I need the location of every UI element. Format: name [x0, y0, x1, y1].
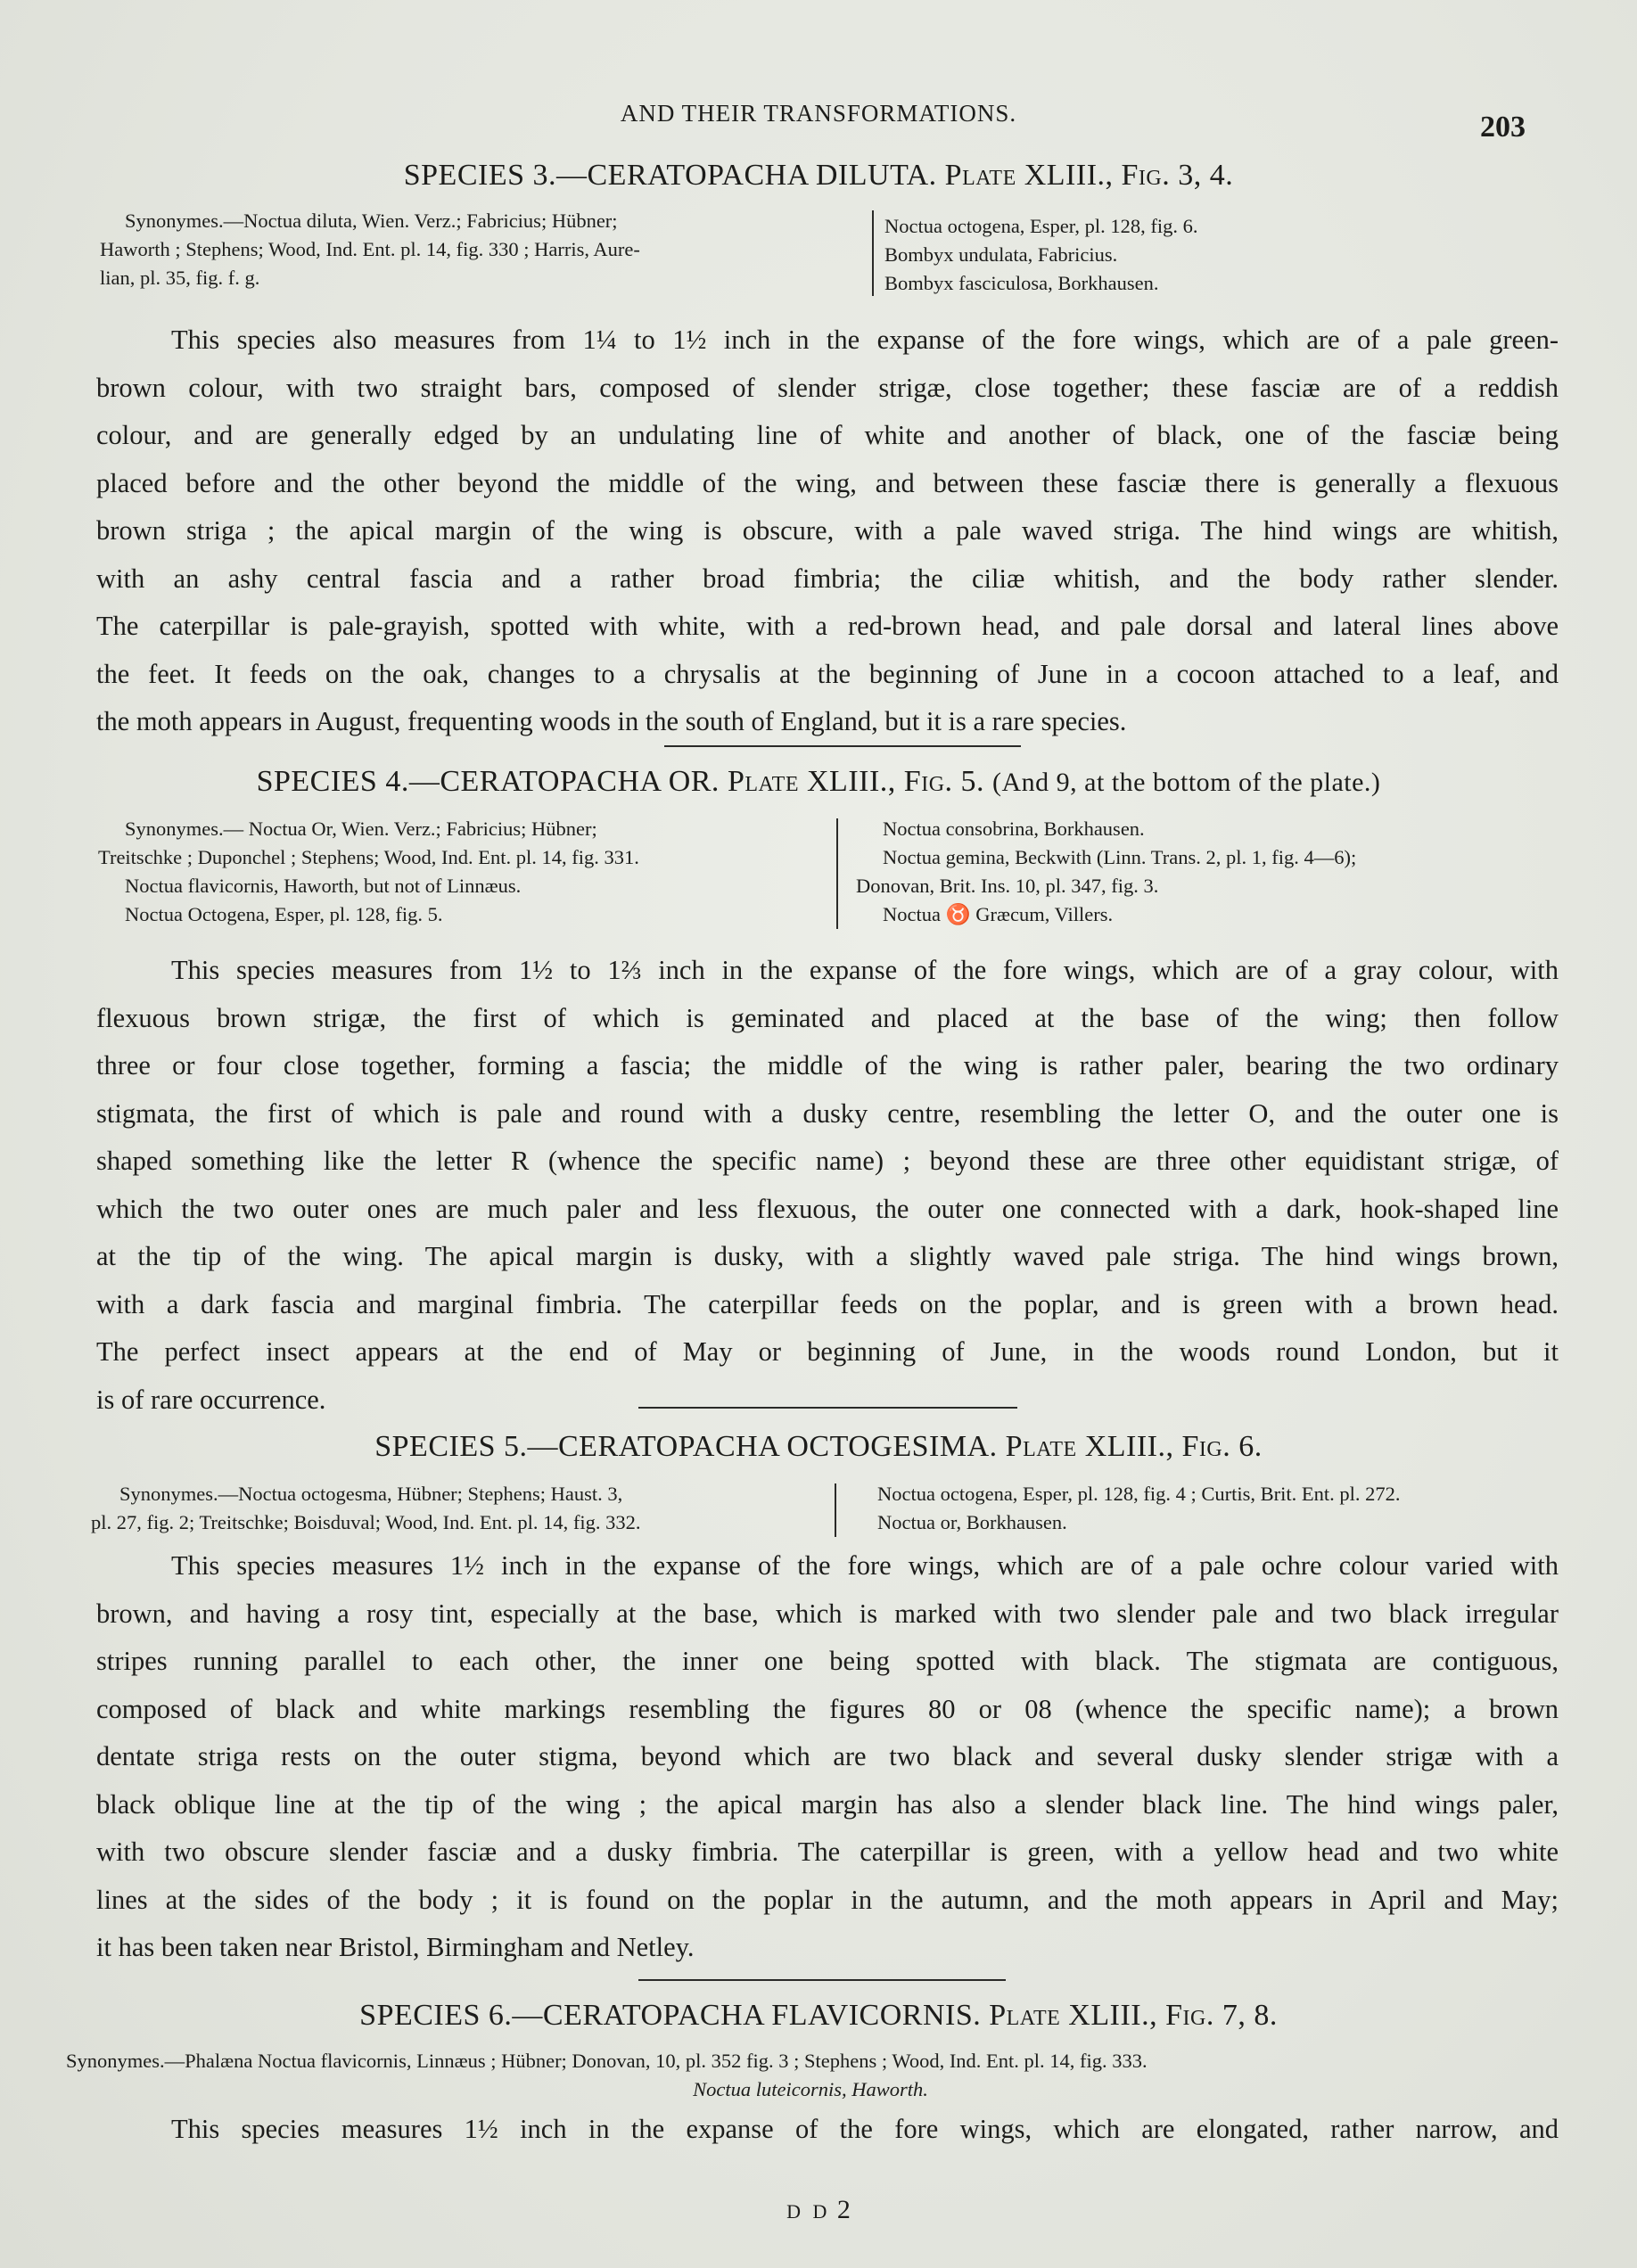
synonym-line: Noctua octogena, Esper, pl. 128, fig. 6.	[884, 212, 1198, 241]
species-4-synonyms-right: Noctua consobrina, Borkhausen. Noctua ge…	[883, 815, 1356, 929]
species-title: SPECIES 4.—CERATOPACHA OR.	[257, 765, 720, 798]
synonyms-divider	[835, 1483, 836, 1537]
text-line: composed of black and white markings res…	[96, 1686, 1559, 1734]
section-divider	[664, 745, 1021, 747]
text-line: the feet. It feeds on the oak, changes t…	[96, 651, 1559, 699]
text-line: flexuous brown strigæ, the first of whic…	[96, 995, 1559, 1043]
synonym-line: Noctua Octogena, Esper, pl. 128, fig. 5.	[125, 900, 639, 929]
text-line: This species measures from 1½ to 1⅔ inch…	[96, 947, 1559, 995]
signature-number: 2	[837, 2195, 851, 2224]
plate-reference: Plate XLIII., Fig. 7, 8.	[989, 1999, 1278, 2032]
species-4-heading: SPECIES 4.—CERATOPACHA OR. Plate XLIII.,…	[0, 765, 1637, 799]
species-title: SPECIES 6.—CERATOPACHA FLAVICORNIS.	[359, 1999, 981, 2032]
text-line: with an ashy central fascia and a rather…	[96, 555, 1559, 604]
page-number: 203	[1480, 111, 1526, 144]
text-line: with a dark fascia and marginal fimbria.…	[96, 1281, 1559, 1329]
synonym-line: Synonymes.— Noctua Or, Wien. Verz.; Fabr…	[125, 815, 639, 843]
species-5-synonyms-right: Noctua octogena, Esper, pl. 128, fig. 4 …	[877, 1480, 1401, 1537]
synonym-line: Noctua gemina, Beckwith (Linn. Trans. 2,…	[883, 843, 1356, 872]
section-divider	[638, 1979, 1006, 1981]
species-5-description: This species measures 1½ inch in the exp…	[96, 1542, 1559, 1972]
synonym-line: Noctua octogena, Esper, pl. 128, fig. 4 …	[877, 1480, 1401, 1508]
synonym-line: pl. 27, fig. 2; Treitschke; Boisduval; W…	[91, 1508, 641, 1537]
synonym-line: Synonymes.—Noctua diluta, Wien. Verz.; F…	[125, 207, 640, 235]
synonym-line: Noctua or, Borkhausen.	[877, 1508, 1401, 1537]
text-line: the moth appears in August, frequenting …	[96, 698, 1559, 746]
text-line: is of rare occurrence.	[96, 1376, 1559, 1425]
text-line: The perfect insect appears at the end of…	[96, 1328, 1559, 1376]
text-line: brown colour, with two straight bars, co…	[96, 365, 1559, 413]
text-line: The caterpillar is pale-grayish, spotted…	[96, 603, 1559, 651]
text-line: This species measures 1½ inch in the exp…	[96, 1542, 1559, 1590]
species-title: SPECIES 5.—CERATOPACHA OCTOGESIMA.	[374, 1430, 997, 1463]
species-4-synonyms-left: Synonymes.— Noctua Or, Wien. Verz.; Fabr…	[125, 815, 639, 929]
synonym-line: Noctua luteicornis, Haworth.	[66, 2075, 1555, 2104]
text-line: brown, and having a rosy tint, especiall…	[96, 1590, 1559, 1639]
synonym-line: Treitschke ; Duponchel ; Stephens; Wood,…	[98, 843, 639, 872]
text-line: dentate striga rests on the outer stigma…	[96, 1733, 1559, 1781]
synonym-line: Noctua ♉ Græcum, Villers.	[883, 900, 1356, 929]
species-3-heading: SPECIES 3.—CERATOPACHA DILUTA. Plate XLI…	[0, 159, 1637, 193]
species-title: SPECIES 3.—CERATOPACHA DILUTA.	[404, 159, 937, 192]
text-line: brown striga ; the apical margin of the …	[96, 507, 1559, 555]
text-line: which the two outer ones are much paler …	[96, 1186, 1559, 1234]
text-line: black oblique line at the tip of the win…	[96, 1781, 1559, 1829]
synonym-line: Noctua consobrina, Borkhausen.	[883, 815, 1356, 843]
text-line: shaped something like the letter R (when…	[96, 1138, 1559, 1186]
plate-reference: Plate XLIII., Fig. 5.	[728, 765, 984, 798]
synonym-line: Bombyx fasciculosa, Borkhausen.	[884, 269, 1198, 298]
species-3-description: This species also measures from 1¼ to 1½…	[96, 316, 1559, 746]
text-line: colour, and are generally edged by an un…	[96, 412, 1559, 460]
book-page: AND THEIR TRANSFORMATIONS. 203 SPECIES 3…	[0, 0, 1637, 2268]
synonym-line: Haworth ; Stephens; Wood, Ind. Ent. pl. …	[100, 235, 640, 264]
synonyms-divider	[872, 210, 874, 296]
species-6-heading: SPECIES 6.—CERATOPACHA FLAVICORNIS. Plat…	[0, 1999, 1637, 2033]
running-head: AND THEIR TRANSFORMATIONS.	[0, 100, 1637, 127]
text-line: three or four close together, forming a …	[96, 1042, 1559, 1090]
text-line: at the tip of the wing. The apical margi…	[96, 1233, 1559, 1281]
species-3-synonyms-left: Synonymes.—Noctua diluta, Wien. Verz.; F…	[125, 207, 640, 292]
synonym-line: lian, pl. 35, fig. f. g.	[100, 264, 640, 292]
text-line: lines at the sides of the body ; it is f…	[96, 1877, 1559, 1925]
synonym-line: Donovan, Brit. Ins. 10, pl. 347, fig. 3.	[856, 872, 1356, 900]
text-line: stigmata, the first of which is pale and…	[96, 1090, 1559, 1138]
species-5-heading: SPECIES 5.—CERATOPACHA OCTOGESIMA. Plate…	[0, 1430, 1637, 1464]
synonym-line: Noctua flavicornis, Haworth, but not of …	[125, 872, 639, 900]
text-line: stripes running parallel to each other, …	[96, 1638, 1559, 1686]
section-divider	[638, 1407, 1017, 1409]
plate-note: (And 9, at the bottom of the plate.)	[992, 768, 1380, 797]
species-3-synonyms-right: Noctua octogena, Esper, pl. 128, fig. 6.…	[884, 212, 1198, 298]
species-5-synonyms-left: Synonymes.—Noctua octogesma, Hübner; Ste…	[119, 1480, 641, 1537]
synonyms-divider	[836, 818, 838, 929]
synonym-line: Bombyx undulata, Fabricius.	[884, 241, 1198, 269]
species-6-synonyms: Synonymes.—Phalæna Noctua flavicornis, L…	[66, 2047, 1555, 2104]
species-6-description: This species measures 1½ inch in the exp…	[96, 2106, 1559, 2154]
synonym-line: Synonymes.—Noctua octogesma, Hübner; Ste…	[119, 1480, 641, 1508]
text-line: with two obscure slender fasciæ and a du…	[96, 1828, 1559, 1877]
text-line: placed before and the other beyond the m…	[96, 460, 1559, 508]
text-line: This species measures 1½ inch in the exp…	[96, 2106, 1559, 2154]
plate-reference: Plate XLIII., Fig. 3, 4.	[945, 159, 1234, 192]
plate-reference: Plate XLIII., Fig. 6.	[1006, 1430, 1263, 1463]
signature-mark: D D 2	[0, 2195, 1637, 2225]
species-4-description: This species measures from 1½ to 1⅔ inch…	[96, 947, 1559, 1424]
signature-letters: D D	[786, 2200, 830, 2223]
text-line: it has been taken near Bristol, Birmingh…	[96, 1924, 1559, 1972]
synonym-line: Synonymes.—Phalæna Noctua flavicornis, L…	[66, 2047, 1555, 2075]
text-line: This species also measures from 1¼ to 1½…	[96, 316, 1559, 365]
